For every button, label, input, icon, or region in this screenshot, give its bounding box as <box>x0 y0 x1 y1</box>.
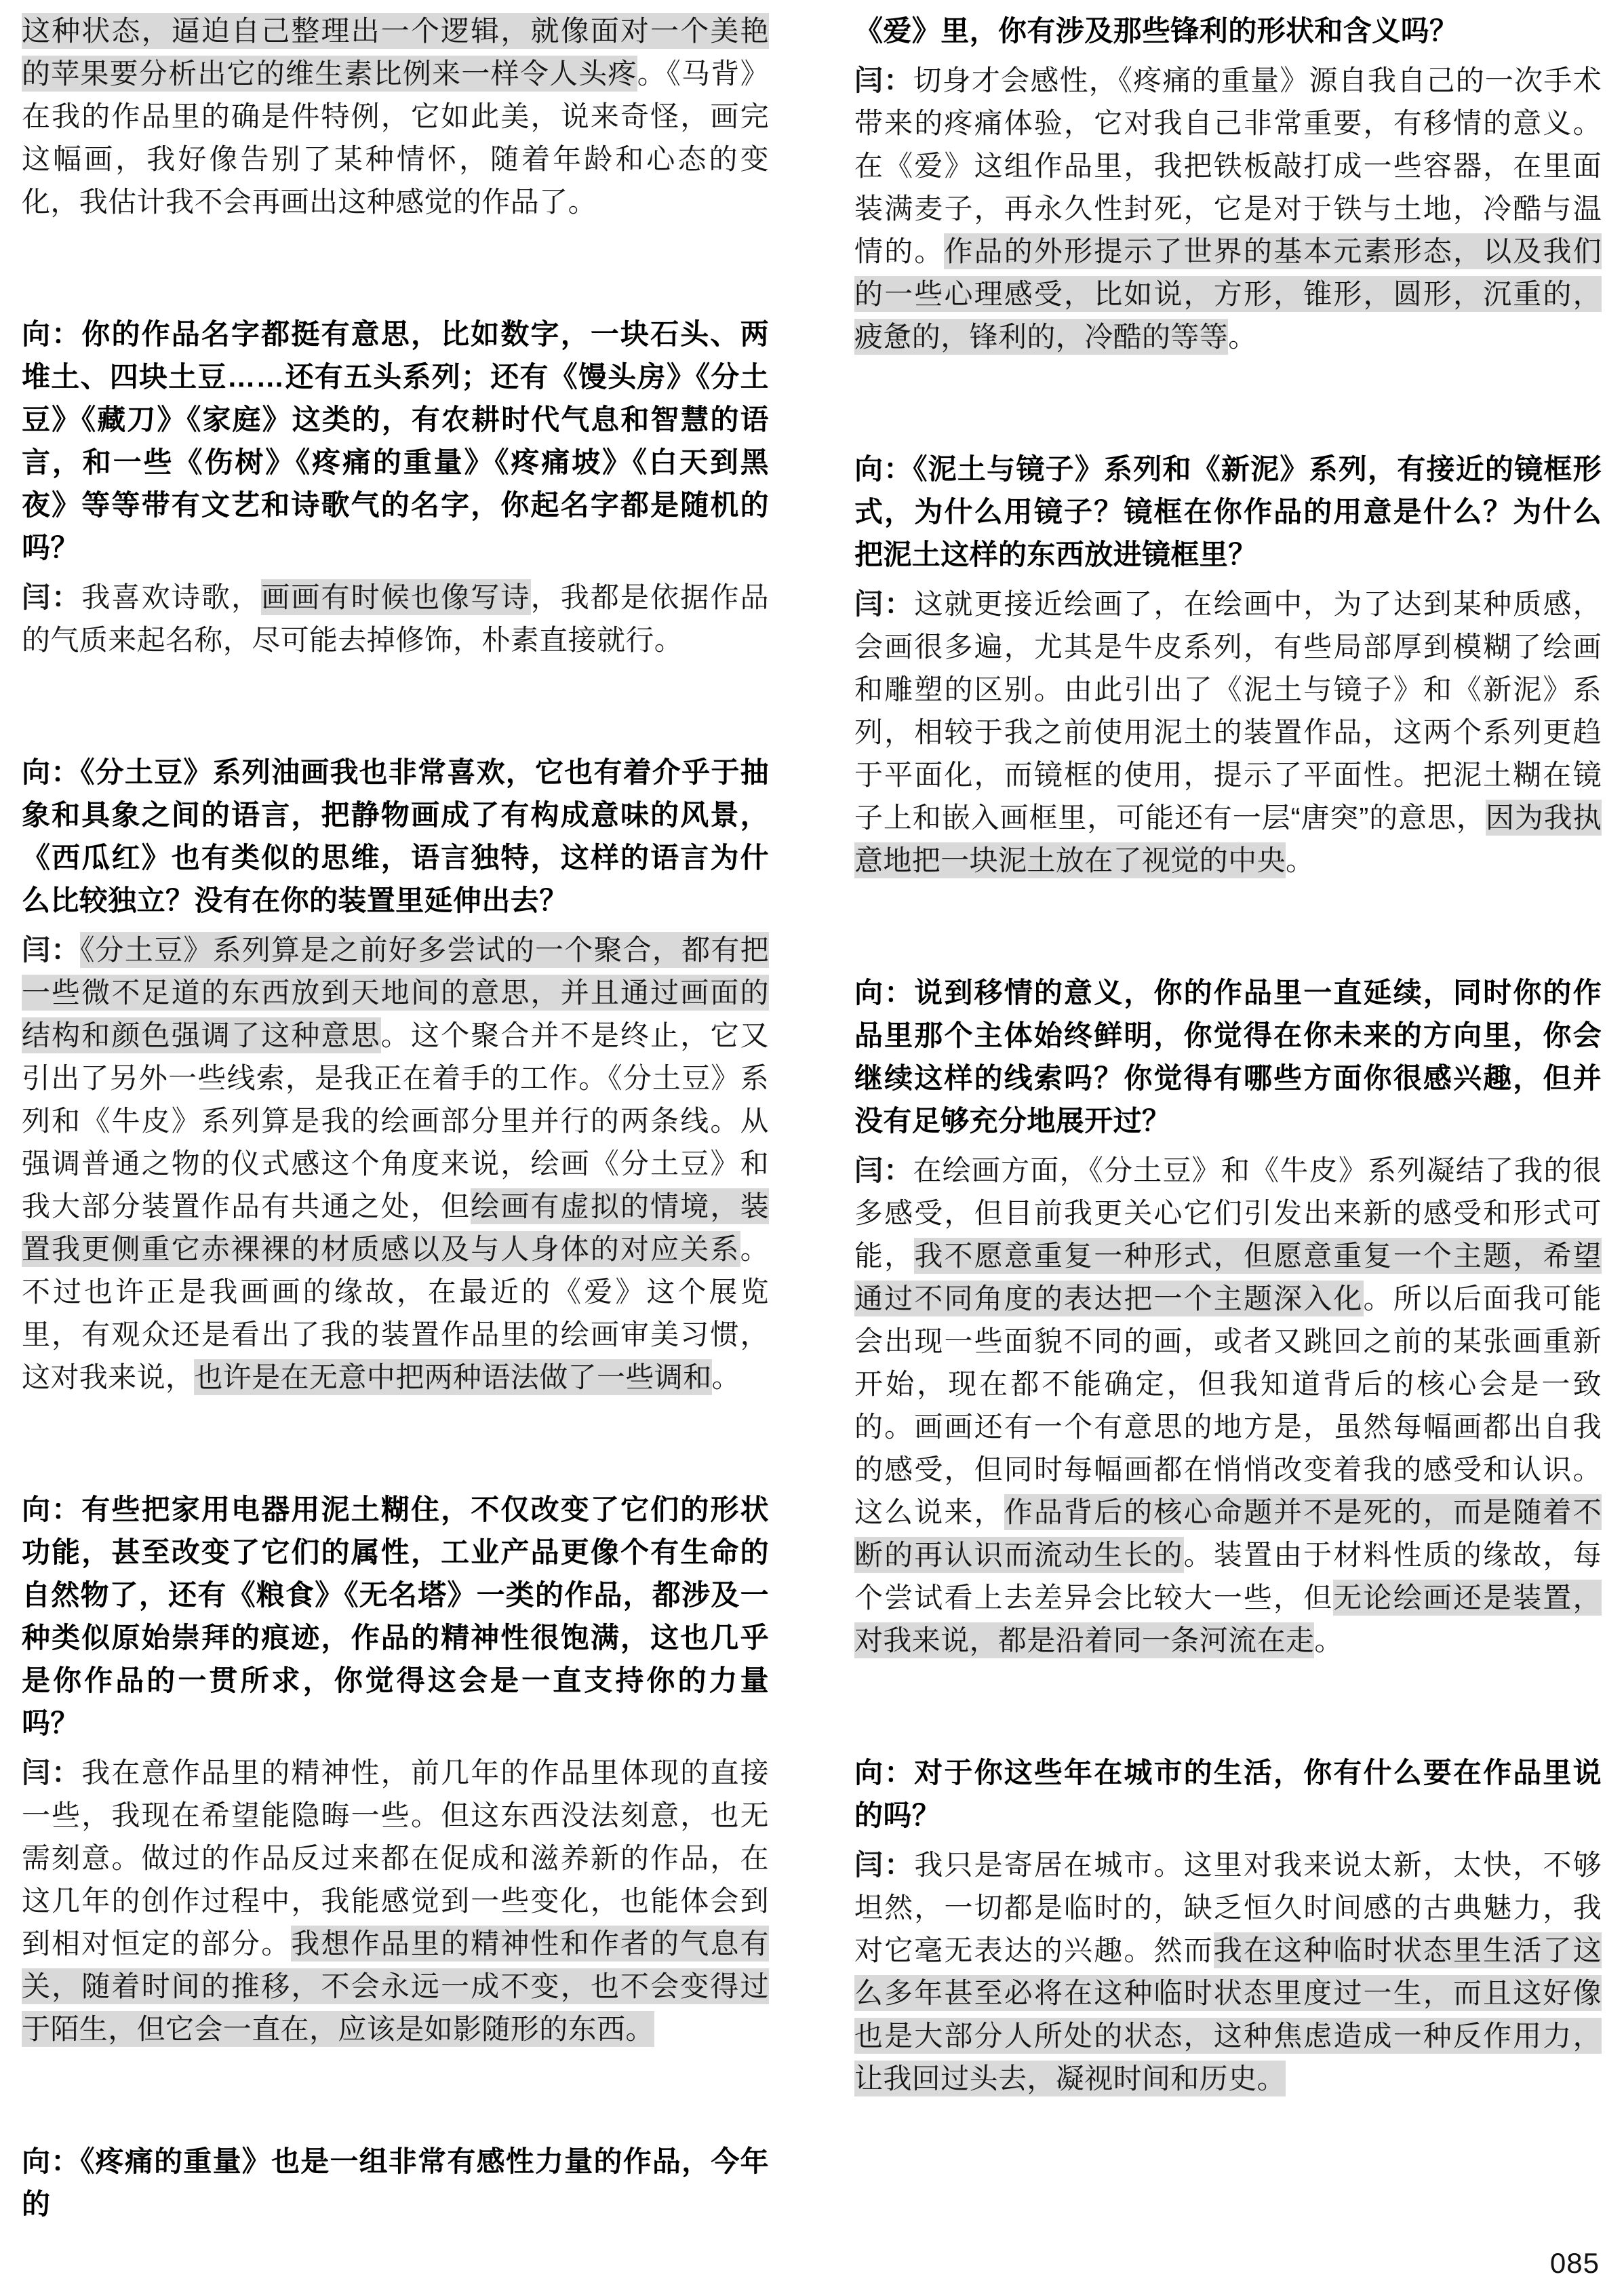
interview-question: 向：《疼痛的重量》也是一组非常有感性力量的作品，今年的 <box>22 2140 769 2225</box>
speaker-label: 闫： <box>854 64 913 96</box>
interview-question: 《爱》里，你有涉及那些锋利的形状和含义吗？ <box>854 9 1602 52</box>
text-segment: 。 <box>1314 1624 1343 1656</box>
text-segment: 。 <box>1228 321 1256 353</box>
interview-answer: 闫：这就更接近绘画了，在绘画中，为了达到某种质感，会画很多遍，尤其是牛皮系列，有… <box>854 583 1602 882</box>
speaker-label: 闫： <box>854 588 914 620</box>
speaker-label: 闫： <box>854 1849 914 1881</box>
page-number: 085 <box>1550 2249 1600 2278</box>
speaker-label: 闫： <box>22 1757 81 1789</box>
interview-answer: 闫：我喜欢诗歌，画画有时候也像写诗，我都是依据作品的气质来起名称，尽可能去掉修饰… <box>22 576 769 661</box>
speaker-label: 闫： <box>22 934 80 966</box>
text-segment: 。所以后面我可能会出现一些面貌不同的画，或者又跳回之前的某张画重新开始，现在都不… <box>854 1283 1602 1528</box>
right-column: 《爱》里，你有涉及那些锋利的形状和含义吗？闫：切身才会感性，《疼痛的重量》源自我… <box>854 9 1602 2225</box>
highlighted-text: 也许是在无意中把两种语法做了一些调和 <box>194 1359 711 1395</box>
interview-question: 向：《泥土与镜子》系列和《新泥》系列，有接近的镜框形式，为什么用镜子？镜框在你作… <box>854 448 1602 576</box>
text-segment: 向：对于你这些年在城市的生活，你有什么要在作品里说的吗？ <box>854 1757 1602 1831</box>
text-segment: 。 <box>712 1361 740 1393</box>
interview-question: 向：你的作品名字都挺有意思，比如数字，一块石头、两堆土、四块土豆……还有五头系列… <box>22 313 769 569</box>
interview-question: 向：有些把家用电器用泥土糊住，不仅改变了它们的形状功能，甚至改变了它们的属性，工… <box>22 1488 769 1744</box>
interview-answer: 闫：切身才会感性，《疼痛的重量》源自我自己的一次手术带来的疼痛体验，它对我自己非… <box>854 59 1602 358</box>
speaker-label: 闫： <box>22 581 81 613</box>
interview-page: 这种状态，逼迫自己整理出一个逻辑，就像面对一个美艳的苹果要分析出它的维生素比例来… <box>0 0 1624 2283</box>
text-segment: 我喜欢诗歌， <box>81 581 261 613</box>
left-column: 这种状态，逼迫自己整理出一个逻辑，就像面对一个美艳的苹果要分析出它的维生素比例来… <box>22 9 769 2225</box>
two-column-layout: 这种状态，逼迫自己整理出一个逻辑，就像面对一个美艳的苹果要分析出它的维生素比例来… <box>0 0 1624 2225</box>
text-segment: 。 <box>1286 844 1314 876</box>
highlighted-text: 画画有时候也像写诗 <box>261 579 530 615</box>
speaker-label: 闫： <box>854 1154 913 1186</box>
text-segment: 向：有些把家用电器用泥土糊住，不仅改变了它们的形状功能，甚至改变了它们的属性，工… <box>22 1494 769 1739</box>
text-segment: 向：你的作品名字都挺有意思，比如数字，一块石头、两堆土、四块土豆……还有五头系列… <box>22 318 769 564</box>
text-segment: 《爱》里，你有涉及那些锋利的形状和含义吗？ <box>854 15 1458 47</box>
interview-answer: 闫：我在意作品里的精神性，前几年的作品里体现的直接一些，我现在希望能隐晦一些。但… <box>22 1751 769 2050</box>
text-segment: 向：说到移情的意义，你的作品里一直延续，同时你的作品里那个主体始终鲜明，你觉得在… <box>854 977 1602 1137</box>
interview-question: 向：说到移情的意义，你的作品里一直延续，同时你的作品里那个主体始终鲜明，你觉得在… <box>854 971 1602 1142</box>
interview-answer: 闫：我只是寄居在城市。这里对我来说太新，太快，不够坦然，一切都是临时的，缺乏恒久… <box>854 1843 1602 2100</box>
interview-question: 向：对于你这些年在城市的生活，你有什么要在作品里说的吗？ <box>854 1751 1602 1837</box>
body-paragraph: 这种状态，逼迫自己整理出一个逻辑，就像面对一个美艳的苹果要分析出它的维生素比例来… <box>22 9 769 223</box>
text-segment: 向：《泥土与镜子》系列和《新泥》系列，有接近的镜框形式，为什么用镜子？镜框在你作… <box>854 453 1602 570</box>
text-segment: 这就更接近绘画了，在绘画中，为了达到某种质感，会画很多遍，尤其是牛皮系列，有些局… <box>854 588 1602 834</box>
interview-answer: 闫：《分土豆》系列算是之前好多尝试的一个聚合，都有把一些微不足道的东西放到天地间… <box>22 929 769 1399</box>
text-segment: 向：《分土豆》系列油画我也非常喜欢，它也有着介乎于抽象和具象之间的语言，把静物画… <box>22 756 769 916</box>
interview-question: 向：《分土豆》系列油画我也非常喜欢，它也有着介乎于抽象和具象之间的语言，把静物画… <box>22 751 769 922</box>
text-segment: 向：《疼痛的重量》也是一组非常有感性力量的作品，今年的 <box>22 2145 769 2220</box>
interview-answer: 闫：在绘画方面，《分土豆》和《牛皮》系列凝结了我的很多感受，但目前我更关心它们引… <box>854 1149 1602 1662</box>
